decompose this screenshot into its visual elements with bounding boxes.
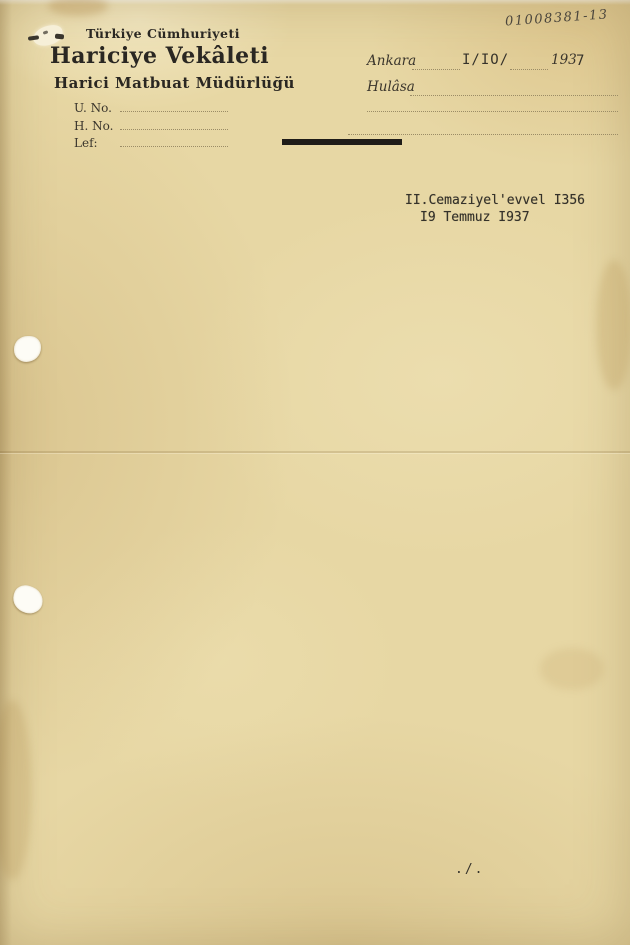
- dotted-line: [120, 118, 228, 130]
- stain: [48, 0, 108, 16]
- letterhead-field: U. No.: [74, 100, 295, 118]
- city-label: Ankara: [367, 53, 416, 69]
- typed-year-digit: 7: [576, 53, 584, 69]
- letterhead-field: H. No.: [74, 118, 295, 136]
- stain: [596, 260, 630, 390]
- letterhead: Türkiye Cümhuriyeti Hariciye Vekâleti Ha…: [50, 26, 295, 153]
- scanned-document-page: Türkiye Cümhuriyeti Hariciye Vekâleti Ha…: [0, 0, 630, 945]
- dotted-line: [348, 133, 618, 135]
- letterhead-field-label: H. No.: [74, 119, 116, 133]
- summary-label: Hulâsa: [367, 79, 415, 95]
- letterhead-country: Türkiye Cümhuriyeti: [86, 26, 295, 41]
- dotted-line: [410, 94, 618, 96]
- registry-stamp-box: [282, 139, 402, 145]
- printed-year: 193: [551, 52, 577, 68]
- dotted-line: [367, 110, 618, 112]
- gregorian-date: I9 Temmuz I937: [420, 209, 585, 226]
- fold-crease: [0, 451, 630, 453]
- typed-date: I/IO/: [462, 52, 509, 68]
- date-block: II.Cemaziyel'evvel I356 I9 Temmuz I937: [405, 192, 585, 226]
- letterhead-field: Lef:: [74, 135, 295, 153]
- dotted-line: [412, 68, 460, 70]
- letterhead-field-label: Lef:: [74, 136, 116, 150]
- punch-hole: [10, 583, 46, 617]
- continuation-mark: ./.: [455, 862, 484, 877]
- letterhead-ministry: Hariciye Vekâleti: [50, 43, 295, 69]
- handwritten-archive-number: 01008381-13: [505, 5, 630, 29]
- dotted-line: [120, 135, 228, 147]
- dotted-line: [120, 100, 228, 112]
- stain: [540, 648, 604, 690]
- letterhead-department: Harici Matbuat Müdürlüğü: [54, 74, 295, 92]
- hijri-date: II.Cemaziyel'evvel I356: [405, 192, 585, 209]
- punch-hole: [14, 336, 41, 362]
- letterhead-field-label: U. No.: [74, 101, 116, 115]
- stain: [0, 700, 32, 880]
- letterhead-fields: U. No.H. No.Lef:: [74, 100, 295, 153]
- dotted-line: [510, 68, 548, 70]
